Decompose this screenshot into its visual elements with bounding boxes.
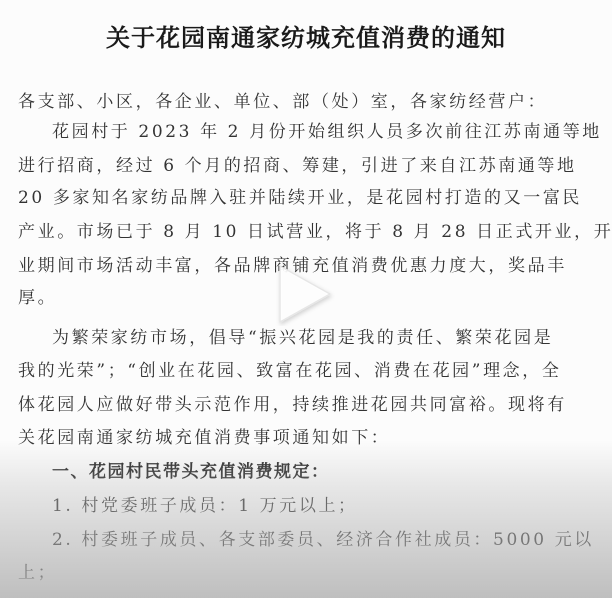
section-1-item: 2. 村委班子成员、各支部委员、经济合作社成员：5000 元以 xyxy=(52,530,594,550)
paragraph-2-line: 关花园南通家纺城充值消费事项通知如下： xyxy=(18,428,390,448)
play-icon xyxy=(272,262,336,326)
paragraph-1-line: 产业。市场已于 8 月 10 日试营业，将于 8 月 28 日正式开业，开 xyxy=(18,222,612,242)
salutation: 各支部、小区，各企业、单位、部（处）室，各家纺经营户： xyxy=(18,92,547,112)
paragraph-1-line: 20 多家知名家纺品牌入驻并陆续开业，是花园村打造的又一富民 xyxy=(18,188,582,208)
section-1-item: 上； xyxy=(18,563,57,583)
section-1-item: 1. 村党委班子成员：1 万元以上； xyxy=(52,496,358,516)
paragraph-1-line: 厚。 xyxy=(18,288,57,308)
document-title: 关于花园南通家纺城充值消费的通知 xyxy=(0,18,612,53)
paragraph-2-line: 为繁荣家纺市场，倡导“振兴花园是我的责任、繁荣花园是 xyxy=(52,328,553,348)
document-page: 关于花园南通家纺城充值消费的通知 各支部、小区，各企业、单位、部（处）室，各家纺… xyxy=(0,0,612,598)
paragraph-1-line: 进行招商，经过 6 个月的招商、筹建，引进了来自江苏南通等地 xyxy=(18,156,577,176)
paragraph-2-line: 体花园人应做好带头示范作用，持续推进花园共同富裕。现将有 xyxy=(18,395,567,415)
video-play-button[interactable] xyxy=(272,262,336,326)
paragraph-2-line: 我的光荣”；“创业在花园、致富在花园、消费在花园”理念，全 xyxy=(18,361,561,381)
section-1-heading: 一、花园村民带头充值消费规定： xyxy=(52,462,330,482)
paragraph-1-line: 花园村于 2023 年 2 月份开始组织人员多次前往江苏南通等地 xyxy=(52,122,602,142)
